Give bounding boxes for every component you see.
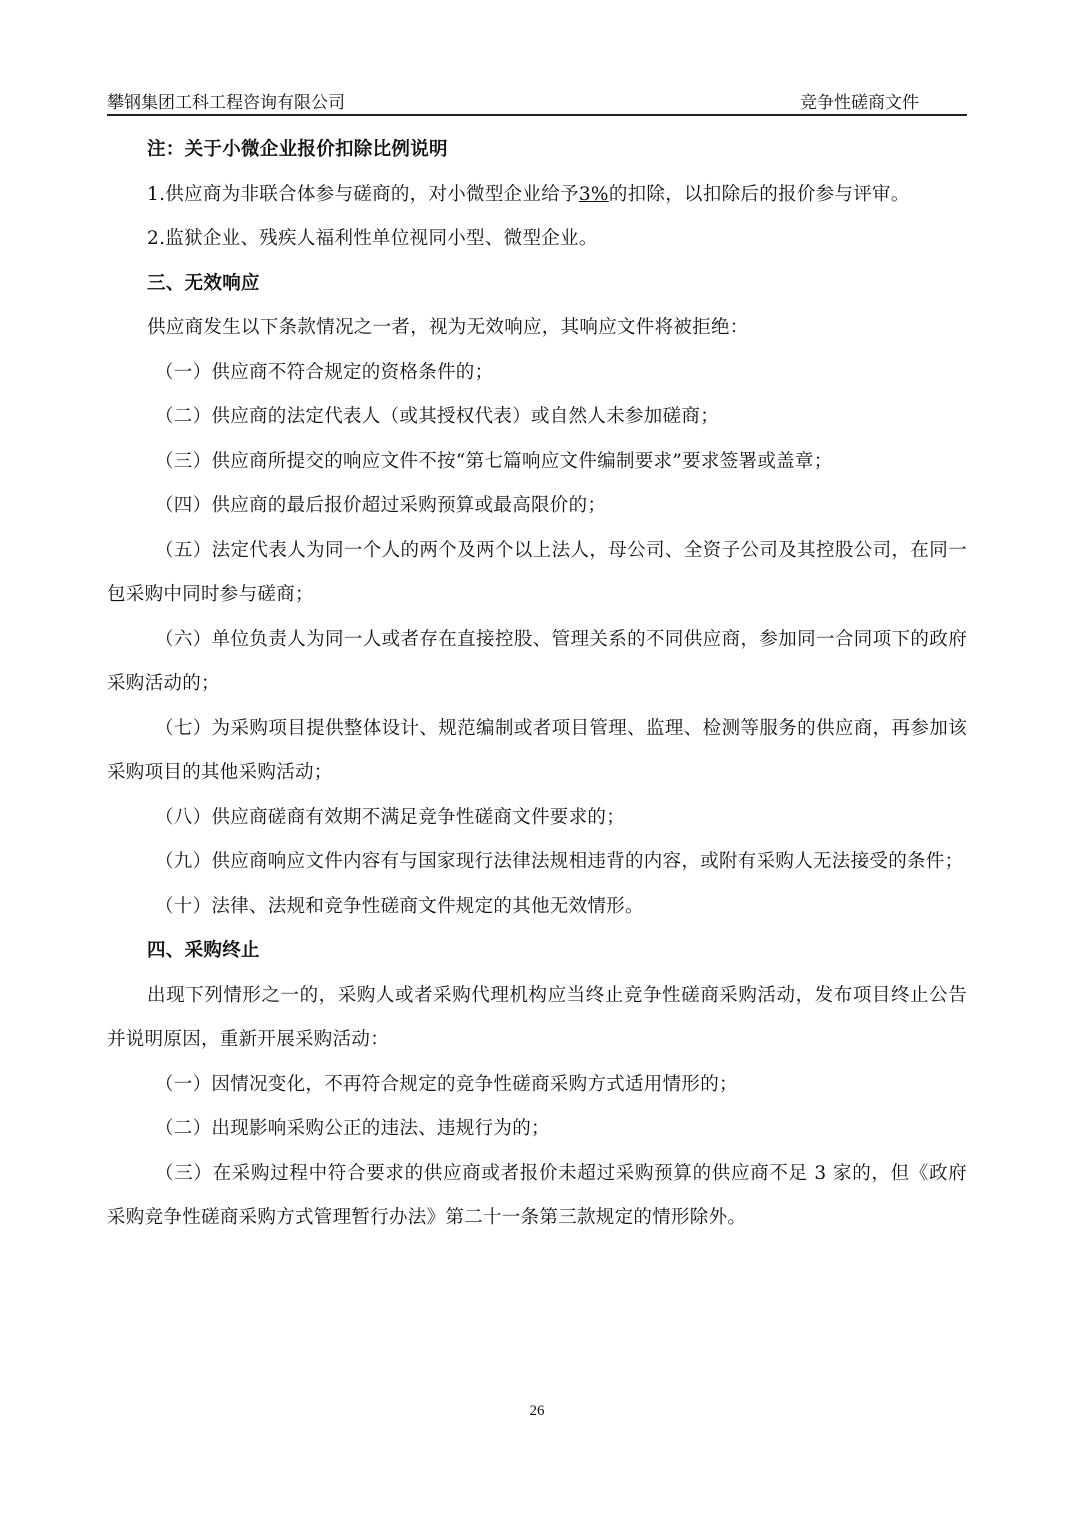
note-item-1: 1.供应商为非联合体参与磋商的，对小微型企业给予3%的扣除，以扣除后的报价参与评… xyxy=(107,173,967,218)
section-intro: 供应商发生以下条款情况之一者，视为无效响应，其响应文件将被拒绝： xyxy=(107,306,967,351)
section-heading-procurement-termination: 四、采购终止 xyxy=(107,929,967,974)
page-header: 攀钢集团工科工程咨询有限公司 竞争性磋商文件 xyxy=(107,88,967,116)
list-item: （二）供应商的法定代表人（或其授权代表）或自然人未参加磋商； xyxy=(107,395,967,440)
list-item: （七）为采购项目提供整体设计、规范编制或者项目管理、监理、检测等服务的供应商，再… xyxy=(107,707,967,796)
list-item: （三）供应商所提交的响应文件不按“第七篇响应文件编制要求”要求签署或盖章； xyxy=(107,440,967,485)
list-item: （四）供应商的最后报价超过采购预算或最高限价的； xyxy=(107,484,967,529)
list-item: （十）法律、法规和竞争性磋商文件规定的其他无效情形。 xyxy=(107,885,967,930)
section-heading-invalid-response: 三、无效响应 xyxy=(107,262,967,307)
list-item: （一）因情况变化，不再符合规定的竞争性磋商采购方式适用情形的； xyxy=(107,1063,967,1108)
section-intro: 出现下列情形之一的，采购人或者采购代理机构应当终止竞争性磋商采购活动，发布项目终… xyxy=(107,974,967,1063)
list-item: （三）在采购过程中符合要求的供应商或者报价未超过采购预算的供应商不足 3 家的，… xyxy=(107,1152,967,1241)
company-name: 攀钢集团工科工程咨询有限公司 xyxy=(107,88,345,113)
list-item: （六）单位负责人为同一人或者存在直接控股、管理关系的不同供应商，参加同一合同项下… xyxy=(107,618,967,707)
page-number: 26 xyxy=(0,1403,1074,1420)
note-title: 注：关于小微企业报价扣除比例说明 xyxy=(107,128,967,173)
list-item: （五）法定代表人为同一个人的两个及两个以上法人，母公司、全资子公司及其控股公司，… xyxy=(107,529,967,618)
note-item-2: 2.监狱企业、残疾人福利性单位视同小型、微型企业。 xyxy=(107,217,967,262)
list-item: （二）出现影响采购公正的违法、违规行为的； xyxy=(107,1107,967,1152)
list-item: （九）供应商响应文件内容有与国家现行法律法规相违背的内容，或附有采购人无法接受的… xyxy=(107,840,967,885)
page-body: 注：关于小微企业报价扣除比例说明 1.供应商为非联合体参与磋商的，对小微型企业给… xyxy=(107,128,967,1241)
list-item: （八）供应商磋商有效期不满足竞争性磋商文件要求的； xyxy=(107,796,967,841)
document-type: 竞争性磋商文件 xyxy=(800,88,919,113)
list-item: （一）供应商不符合规定的资格条件的； xyxy=(107,351,967,396)
deduction-percent: 3% xyxy=(579,184,609,205)
